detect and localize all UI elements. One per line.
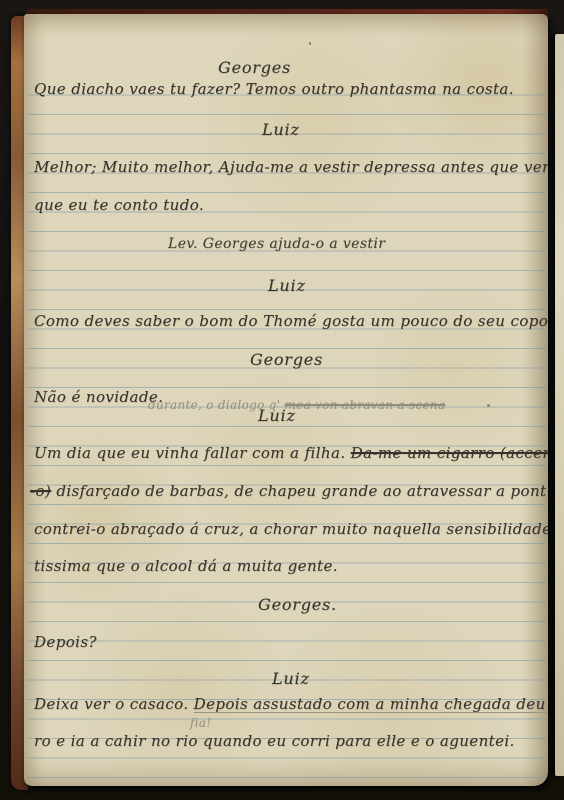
handwriting-segment: Da-me um cigarro (accende [351,444,548,462]
dialogue-line: -o) disfarçado de barbas, de chapeu gran… [30,482,546,500]
handwriting-segment: Georges [250,350,323,369]
speaker-heading: Georges. [258,595,337,614]
next-page-edge [555,34,564,776]
handwriting-segment: mea von abravan a scena [284,398,445,412]
speaker-heading: Luiz [272,669,310,688]
handwriting-segment: Depois assustado com a minha chegada deu… [194,695,548,713]
handwriting-segment: disfarçado de barbas, de chapeu grande a… [51,482,546,500]
speaker-heading: Georges [218,58,291,77]
handwriting-segment: Que diacho vaes tu fazer? Temos outro ph… [34,80,514,98]
dialogue-line: Deixa ver o casaco. Depois assustado com… [34,695,548,713]
handwriting-segment: Melhor; Muito melhor, Ajuda-me a vestir … [34,158,548,176]
speaker-heading: Georges [250,350,323,369]
speaker-heading: Luiz [258,406,296,425]
speaker-heading: Luiz [268,276,306,295]
handwriting-segment: fia! [190,716,211,730]
stage-direction: Lev. Georges ajuda-o a vestir [168,236,385,252]
pencil-annotation: durante, o dialogo q' mea von abravan a … [148,398,445,412]
handwriting-segment: Deixa ver o casaco. [34,695,194,713]
pencil-annotation: fia! [190,716,211,730]
dialogue-line: Depois? [34,633,548,651]
speaker-heading: Luiz [262,120,300,139]
handwriting-segment: Luiz [272,669,310,688]
handwriting-segment: Luiz [262,120,300,139]
dialogue-line: Que diacho vaes tu fazer? Temos outro ph… [34,80,548,98]
handwriting-segment: Não é novidade. [34,388,163,406]
handwriting-segment: Lev. Georges ajuda-o a vestir [168,236,385,252]
handwriting-segment: Luiz [258,406,296,425]
handwriting-segment: -o) [30,482,51,500]
dialogue-line: que eu te conto tudo. [34,196,548,214]
dialogue-line: Melhor; Muito melhor, Ajuda-me a vestir … [34,158,548,176]
handwriting-segment: Um dia que eu vinha fallar com a filha. [34,444,351,462]
dialogue-line: contrei-o abraçado á cruz, a chorar muit… [34,520,548,538]
handwriting-segment: Georges. [258,595,337,614]
handwriting-segment: que eu te conto tudo. [34,196,204,214]
manuscript-page: GeorgesQue diacho vaes tu fazer? Temos o… [24,14,548,786]
dialogue-line: Como deves saber o bom do Thomé gosta um… [34,312,548,330]
handwriting-segment: ro e ia a cahir no rio quando eu corri p… [34,732,515,750]
dialogue-line: Um dia que eu vinha fallar com a filha. … [34,444,548,462]
handwriting-segment: Como deves saber o bom do Thomé gosta um… [34,312,548,330]
ink-speck [309,42,311,45]
manuscript-photo: GeorgesQue diacho vaes tu fazer? Temos o… [0,0,564,800]
dialogue-line: ro e ia a cahir no rio quando eu corri p… [34,732,548,750]
handwriting-segment: tissima que o alcool dá a muita gente. [34,557,338,575]
handwriting-segment: Luiz [268,276,306,295]
dialogue-line: tissima que o alcool dá a muita gente. [34,557,548,575]
handwriting-segment: contrei-o abraçado á cruz, a chorar muit… [34,520,548,538]
handwriting-segment: Depois? [34,633,97,651]
handwriting-segment: Georges [218,58,291,77]
